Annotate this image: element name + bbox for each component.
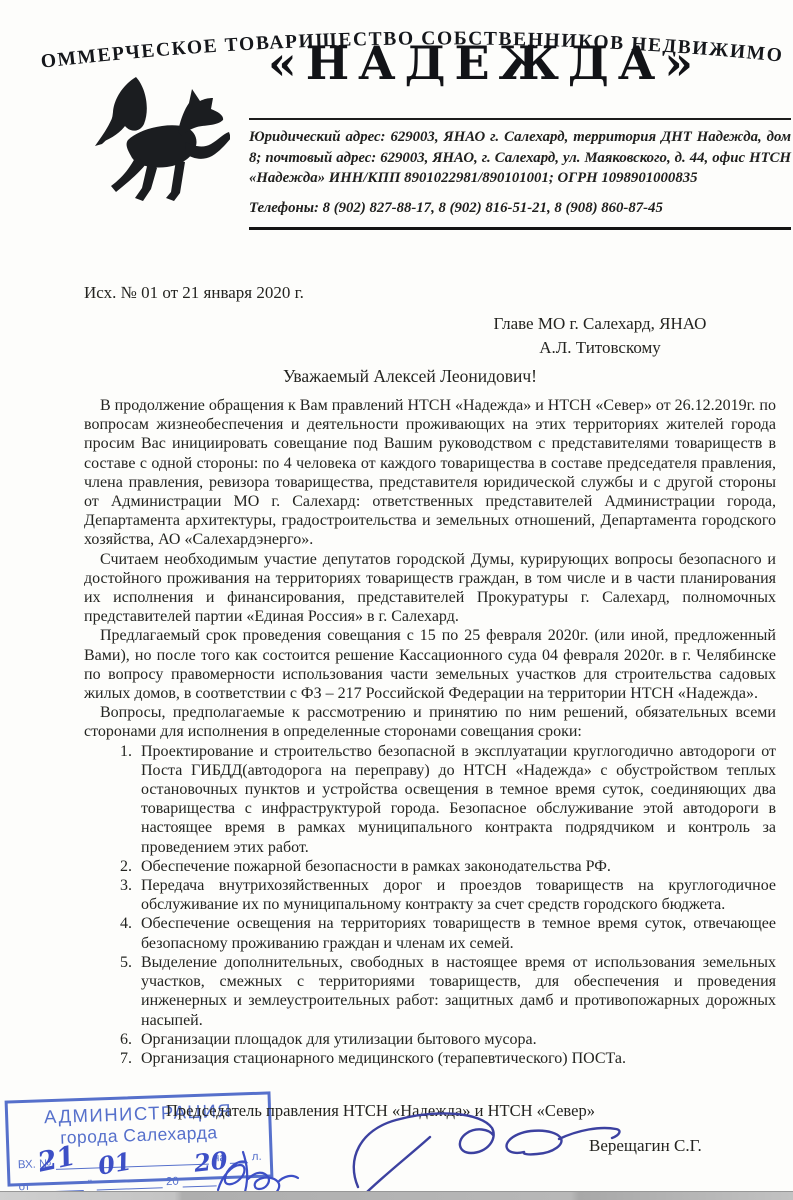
scanned-letter-page: НЕКОММЕРЧЕСКОЕ ТОВАРИЩЕСТВО СОБСТВЕННИКО… <box>0 0 793 1200</box>
recipient-block: Главе МО г. Салехард, ЯНАО А.Л. Титовско… <box>455 312 745 360</box>
ref-number-line: Исх. № 01 от 21 января 2020 г. <box>84 283 304 303</box>
list-item: Выделение дополнительных, свободных в на… <box>136 953 776 1030</box>
phones-line: Телефоны: 8 (902) 827-88-17, 8 (902) 816… <box>249 198 791 219</box>
handwritten-month: 01 <box>96 1146 134 1180</box>
fox-logo-icon <box>92 76 230 218</box>
issues-list: Проектирование и строительство безопасно… <box>84 742 776 1068</box>
signatory-name: Верещагин С.Г. <box>589 1136 702 1156</box>
recipient-position: Главе МО г. Салехард, ЯНАО <box>455 312 745 336</box>
org-name: «НАДЕЖДА» <box>185 36 785 90</box>
address-block: Юридический адрес: 629003, ЯНАО г. Салех… <box>249 118 791 230</box>
scan-edge-artifact <box>0 1191 793 1200</box>
body-paragraph: В продолжение обращения к Вам правлений … <box>84 396 776 550</box>
body-paragraph: Вопросы, предполагаемые к рассмотрению и… <box>84 703 776 741</box>
list-item: Обеспечение освещения на территориях тов… <box>136 914 776 952</box>
salutation: Уважаемый Алексей Леонидович! <box>220 366 600 387</box>
legal-address: Юридический адрес: 629003, ЯНАО г. Салех… <box>249 127 791 189</box>
list-item: Проектирование и строительство безопасно… <box>136 742 776 857</box>
list-item: Обеспечение пожарной безопасности в рамк… <box>136 857 776 876</box>
body-paragraph: Предлагаемый срок проведения совещания с… <box>84 626 776 703</box>
list-item: Передача внутрихозяйственных дорог и про… <box>136 876 776 914</box>
recipient-name: А.Л. Титовскому <box>455 336 745 360</box>
stamp-year-prefix: 20 <box>166 1176 179 1188</box>
list-item: Организация стационарного медицинского (… <box>136 1049 776 1068</box>
body-paragraph: Считаем необходимым участие депутатов го… <box>84 550 776 627</box>
stamp-quote-mark: " <box>88 1179 93 1191</box>
list-item: Организации площадок для утилизации быто… <box>136 1030 776 1049</box>
letter-body: В продолжение обращения к Вам правлений … <box>84 396 776 1068</box>
